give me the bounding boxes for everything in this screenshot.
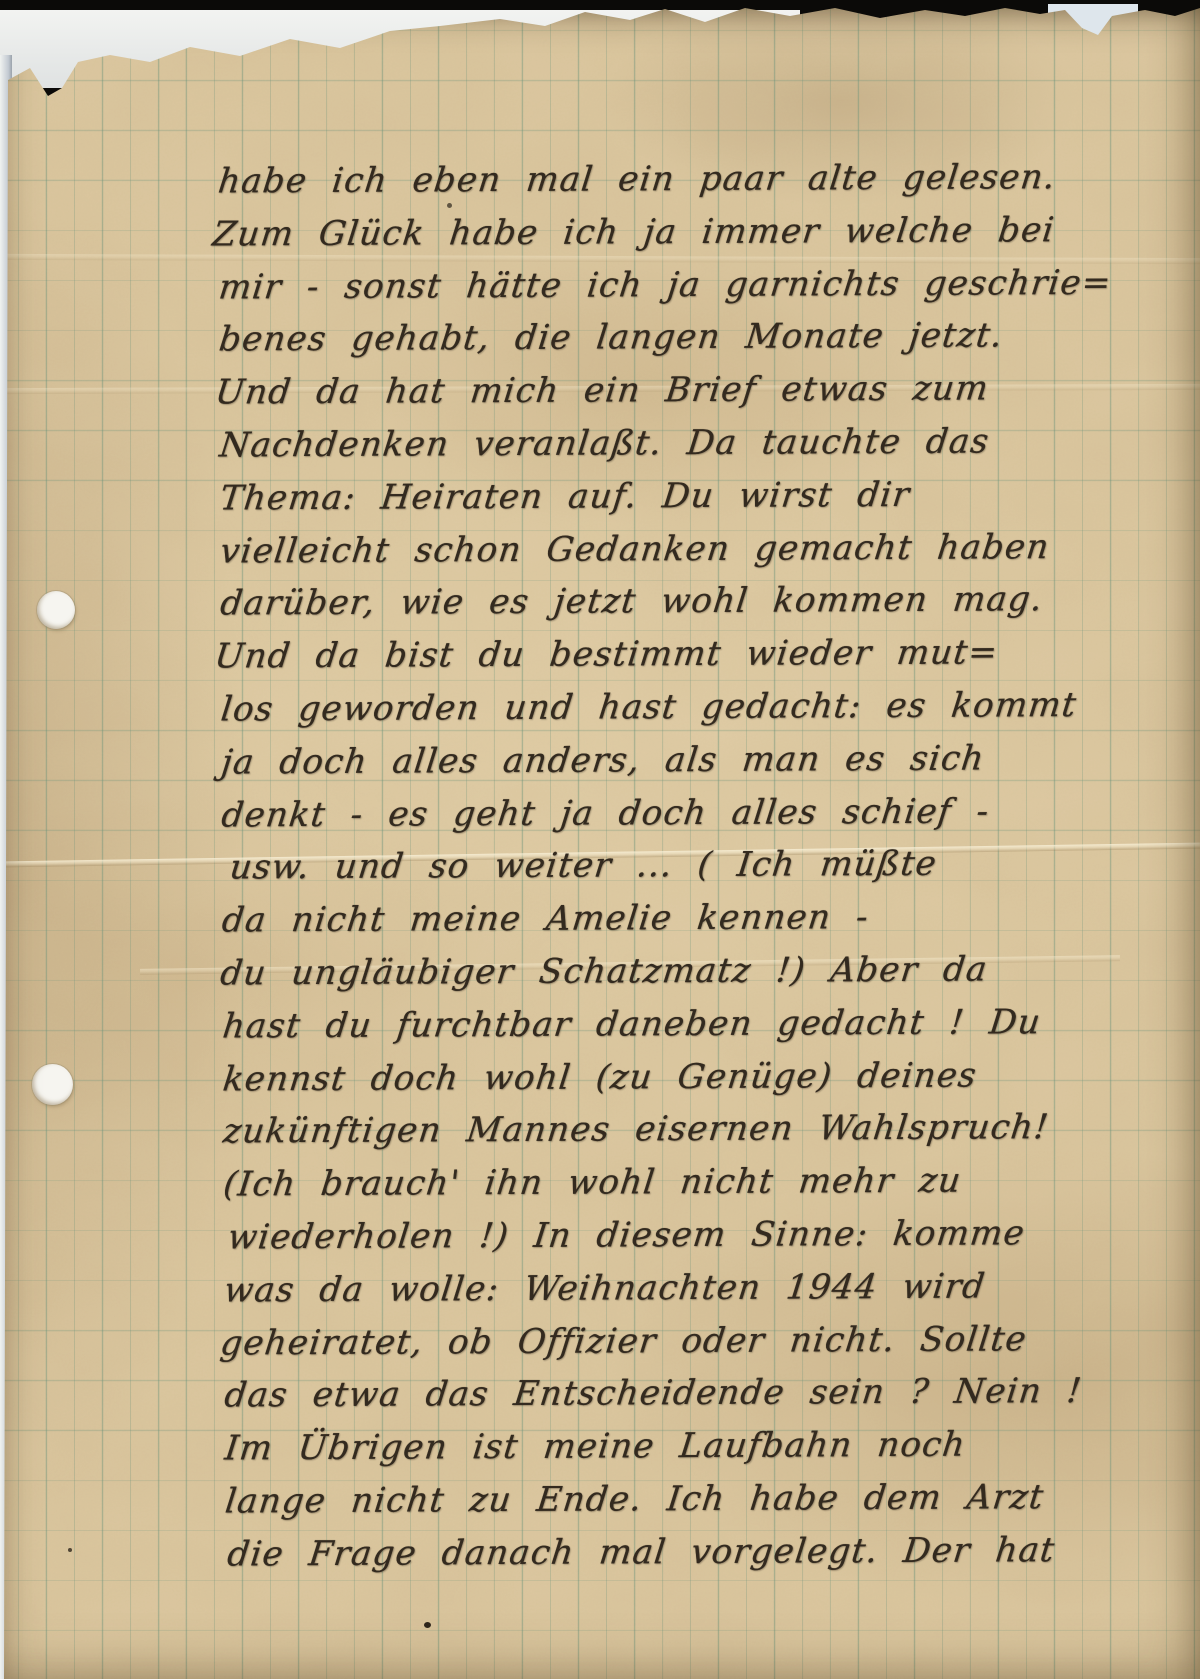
handwritten-line: Thema: Heiraten auf. Du wirst dir (217, 467, 1183, 525)
ink-speck (68, 1548, 72, 1552)
handwritten-line: los geworden und hast gedacht: es kommt (218, 678, 1184, 736)
letter-paper: habe ich eben mal ein paar alte gelesen.… (0, 0, 1200, 1679)
handwritten-line: denkt - es geht ja doch alles schief - (219, 784, 1185, 842)
punch-hole-top (37, 591, 75, 629)
handwritten-line: vielleicht schon Gedanken gemacht haben (217, 520, 1183, 578)
handwritten-line: darüber, wie es jetzt wohl kommen mag. (218, 573, 1184, 631)
handwritten-line: geheiratet, ob Offizier oder nicht. Soll… (217, 1312, 1187, 1370)
handwritten-line: da nicht meine Amelie kennen - (219, 890, 1185, 948)
handwritten-line: Nachdenken veranlaßt. Da tauchte das (217, 414, 1183, 472)
handwritten-line: lange nicht zu Ende. Ich habe dem Arzt (222, 1470, 1188, 1528)
handwritten-line: die Frage danach mal vorgelegt. Der hat (224, 1523, 1188, 1581)
handwritten-line: wiederholen !) In diesem Sinne: komme (225, 1206, 1187, 1264)
ink-speck (424, 1622, 431, 1628)
handwritten-line: Im Übrigen ist meine Laufbahn noch (222, 1418, 1188, 1476)
handwritten-line: habe ich eben mal ein paar alte gelesen. (215, 150, 1181, 208)
handwritten-line: (Ich brauch' ihn wohl nicht mehr zu (221, 1154, 1187, 1212)
letter-text: habe ich eben mal ein paar alte gelesen.… (218, 150, 1185, 1581)
handwritten-line: du ungläubiger Schatzmatz !) Aber da (217, 942, 1185, 1000)
handwritten-line: kennst doch wohl (zu Genüge) deines (220, 1048, 1186, 1106)
handwritten-line: was da wolle: Weihnachten 1944 wird (221, 1259, 1187, 1317)
handwritten-line: hast du furchtbar daneben gedacht ! Du (220, 995, 1186, 1053)
handwritten-line: Zum Glück habe ich ja immer welche bei (210, 203, 1182, 261)
handwritten-line: Und da hat mich ein Brief etwas zum (212, 362, 1182, 420)
handwritten-line: mir - sonst hätte ich ja garnichts gesch… (216, 256, 1182, 314)
handwritten-line: zukünftigen Mannes eisernen Wahlspruch! (220, 1101, 1186, 1159)
handwritten-line: usw. und so weiter ... ( Ich müßte (227, 837, 1185, 895)
scanned-letter-page: habe ich eben mal ein paar alte gelesen.… (0, 0, 1200, 1679)
handwritten-line: benes gehabt, die langen Monate jetzt. (216, 309, 1182, 367)
handwritten-line: das etwa das Entscheidende sein ? Nein ! (222, 1365, 1188, 1423)
ink-speck (447, 203, 452, 208)
handwritten-line: ja doch alles anders, als man es sich (218, 731, 1184, 789)
punch-hole-bottom (32, 1064, 73, 1105)
handwritten-line: Und da bist du bestimmt wieder mut= (212, 626, 1184, 684)
